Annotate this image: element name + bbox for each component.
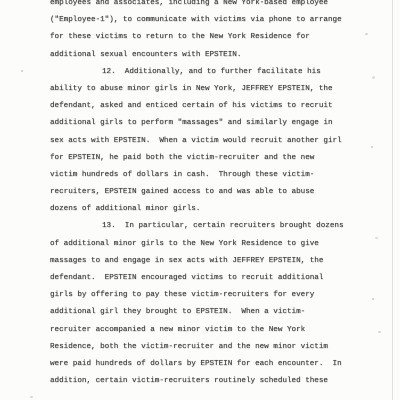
text-line: dozens of additional minor girls. xyxy=(50,201,380,218)
text-line: girls by offering to pay these victim-re… xyxy=(50,287,380,304)
text-line: additional sexual encounters with EPSTEI… xyxy=(50,47,380,64)
text-line: defendant. EPSTEIN encouraged victims to… xyxy=(50,270,380,287)
scan-speckle xyxy=(21,70,23,72)
text-line: additional girls to perform "massages" a… xyxy=(50,115,380,132)
scan-speckle xyxy=(372,298,374,300)
scan-speckle xyxy=(365,33,368,35)
text-line: recruiters, EPSTEIN gained access to and… xyxy=(50,184,380,201)
scan-speckle xyxy=(371,146,373,148)
text-line: victim hundreds of dollars in cash. Thro… xyxy=(50,167,380,184)
scan-speckle xyxy=(372,76,375,79)
text-line: employees and associates, including a Ne… xyxy=(50,0,380,12)
text-line: 13. In particular, certain recruiters br… xyxy=(50,218,380,235)
text-line: additional girl they brought to EPSTEIN.… xyxy=(50,304,380,321)
text-line: ability to abuse minor girls in New York… xyxy=(50,81,380,98)
document-page: employees and associates, including a Ne… xyxy=(0,0,400,400)
text-line: Residence, both the victim-recruiter and… xyxy=(50,339,380,356)
document-text-block: employees and associates, including a Ne… xyxy=(50,0,380,390)
text-line: ("Employee-1"), to communicate with vict… xyxy=(50,12,380,29)
text-line: 12. Additionally, and to further facilit… xyxy=(50,64,380,81)
text-line: of additional minor girls to the New Yor… xyxy=(50,236,380,253)
text-line: for EPSTEIN, he paid both the victim-rec… xyxy=(50,150,380,167)
text-line: were paid hundreds of dollars by EPSTEIN… xyxy=(50,356,380,373)
text-line: addition, certain victim-recruiters rout… xyxy=(50,373,380,390)
text-line: recruiter accompanied a new minor victim… xyxy=(50,322,380,339)
scan-edge-line xyxy=(392,0,393,400)
text-line: for these victims to return to the New Y… xyxy=(50,29,380,46)
text-line: massages to and engage in sex acts with … xyxy=(50,253,380,270)
scan-speckle xyxy=(30,396,33,398)
scan-speckle xyxy=(378,331,381,333)
text-line: sex acts with EPSTEIN. When a victim wou… xyxy=(50,133,380,150)
text-line: defendant, asked and enticed certain of … xyxy=(50,98,380,115)
scan-speckle xyxy=(375,237,378,239)
